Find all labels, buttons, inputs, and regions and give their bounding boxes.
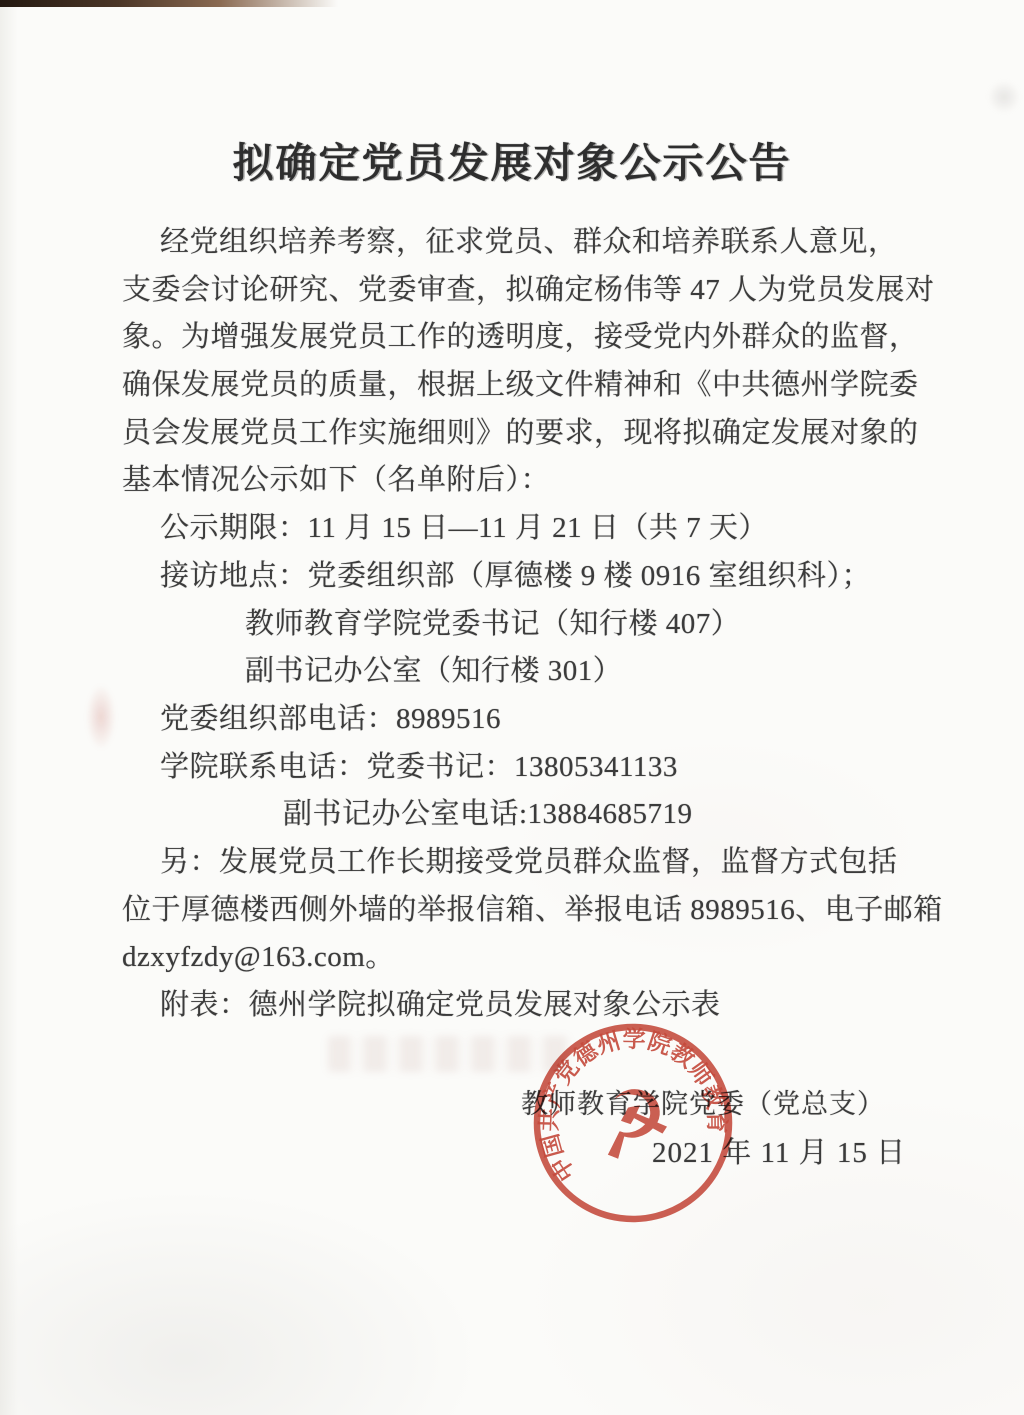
ink-smudge (86, 684, 116, 750)
body-line: 接访地点：党委组织部（厚德楼 9 楼 0916 室组织科）； (160, 556, 904, 604)
body-line: 员会发展党员工作实施细则》的要求，现将拟确定发展对象的 (122, 413, 904, 461)
body-line: 确保发展党员的质量，根据上级文件精神和《中共德州学院委 (122, 365, 904, 413)
body-line: 公示期限：11 月 15 日—11 月 21 日（共 7 天） (160, 508, 904, 556)
body-line: 副书记办公室（知行楼 301） (245, 651, 904, 699)
official-seal-svg: 中国共产党德州学院教师教育学院委员会 ☭ (527, 1017, 739, 1229)
body-line: 经党组织培养考察，征求党员、群众和培养联系人意见， (160, 222, 904, 270)
body-line: 副书记办公室电话:13884685719 (283, 794, 904, 842)
body-line: dzxyfzdy@163.com。 (122, 937, 904, 985)
hammer-sickle-icon: ☭ (582, 1064, 683, 1183)
body-line: 位于厚德楼西侧外墙的举报信箱、举报电话 8989516、电子邮箱 (122, 890, 904, 938)
scan-smudge (988, 80, 1020, 114)
page-title: 拟确定党员发展对象公示公告 (0, 130, 1024, 189)
scan-edge-artifact (0, 0, 338, 7)
document-body: 经党组织培养考察，征求党员、群众和培养联系人意见，支委会讨论研究、党委审查，拟确… (122, 222, 904, 1033)
body-line: 支委会讨论研究、党委审查，拟确定杨伟等 47 人为党员发展对 (122, 270, 904, 318)
body-line: 教师教育学院党委书记（知行楼 407） (245, 604, 904, 652)
body-line: 学院联系电话：党委书记：13805341133 (160, 747, 904, 795)
body-line: 另：发展党员工作长期接受党员群众监督，监督方式包括 (160, 842, 904, 890)
body-line: 基本情况公示如下（名单附后）： (122, 460, 904, 508)
body-line: 象。为增强发展党员工作的透明度，接受党内外群众的监督， (122, 317, 904, 365)
body-line: 党委组织部电话：8989516 (160, 699, 904, 747)
official-seal: 中国共产党德州学院教师教育学院委员会 ☭ (527, 1017, 739, 1229)
